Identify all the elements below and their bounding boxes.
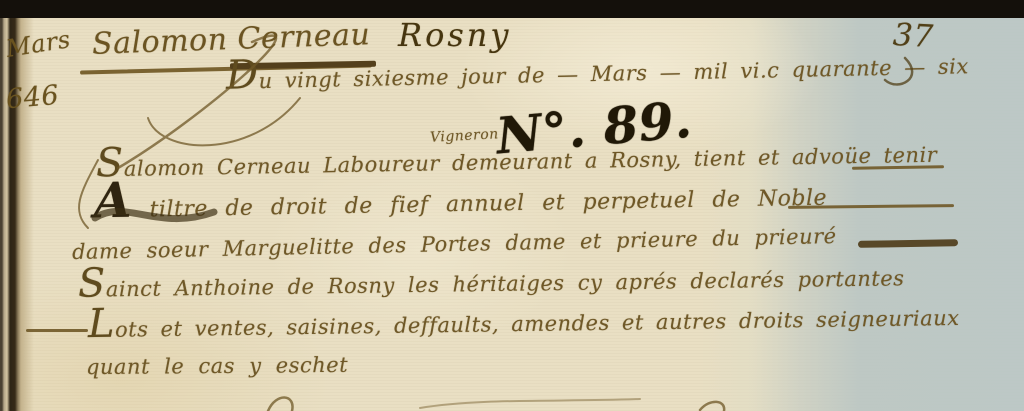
manuscript-page-scan: Mars 646 Salomon Cerneau Rosny 37 Du vin…	[0, 0, 1024, 411]
folio-number: 37	[892, 17, 934, 55]
body-line: quant le cas y eschet	[86, 353, 348, 379]
body-line: Sainct Anthoine de Rosny les héritaiges …	[78, 266, 905, 302]
interline-note: Vigneron	[430, 126, 499, 146]
body-line: A tiltre de droit de fief annuel et perp…	[94, 186, 827, 224]
line-filler-dash	[788, 204, 954, 208]
ink-blot-dash	[858, 239, 958, 248]
line-lead-dash	[26, 329, 88, 332]
margin-year: 646	[5, 80, 61, 116]
body-line: dame soeur Marguelitte des Portes dame e…	[72, 224, 837, 264]
date-line: Du vingt sixiesme jour de — Mars — mil v…	[226, 54, 969, 94]
book-binding-edge	[0, 0, 34, 411]
body-line: Lots et ventes, saisines, deffaults, ame…	[88, 306, 960, 342]
place-heading: Rosny	[398, 16, 511, 54]
torn-top-edge	[0, 0, 1024, 18]
line-filler-dash	[852, 165, 944, 170]
